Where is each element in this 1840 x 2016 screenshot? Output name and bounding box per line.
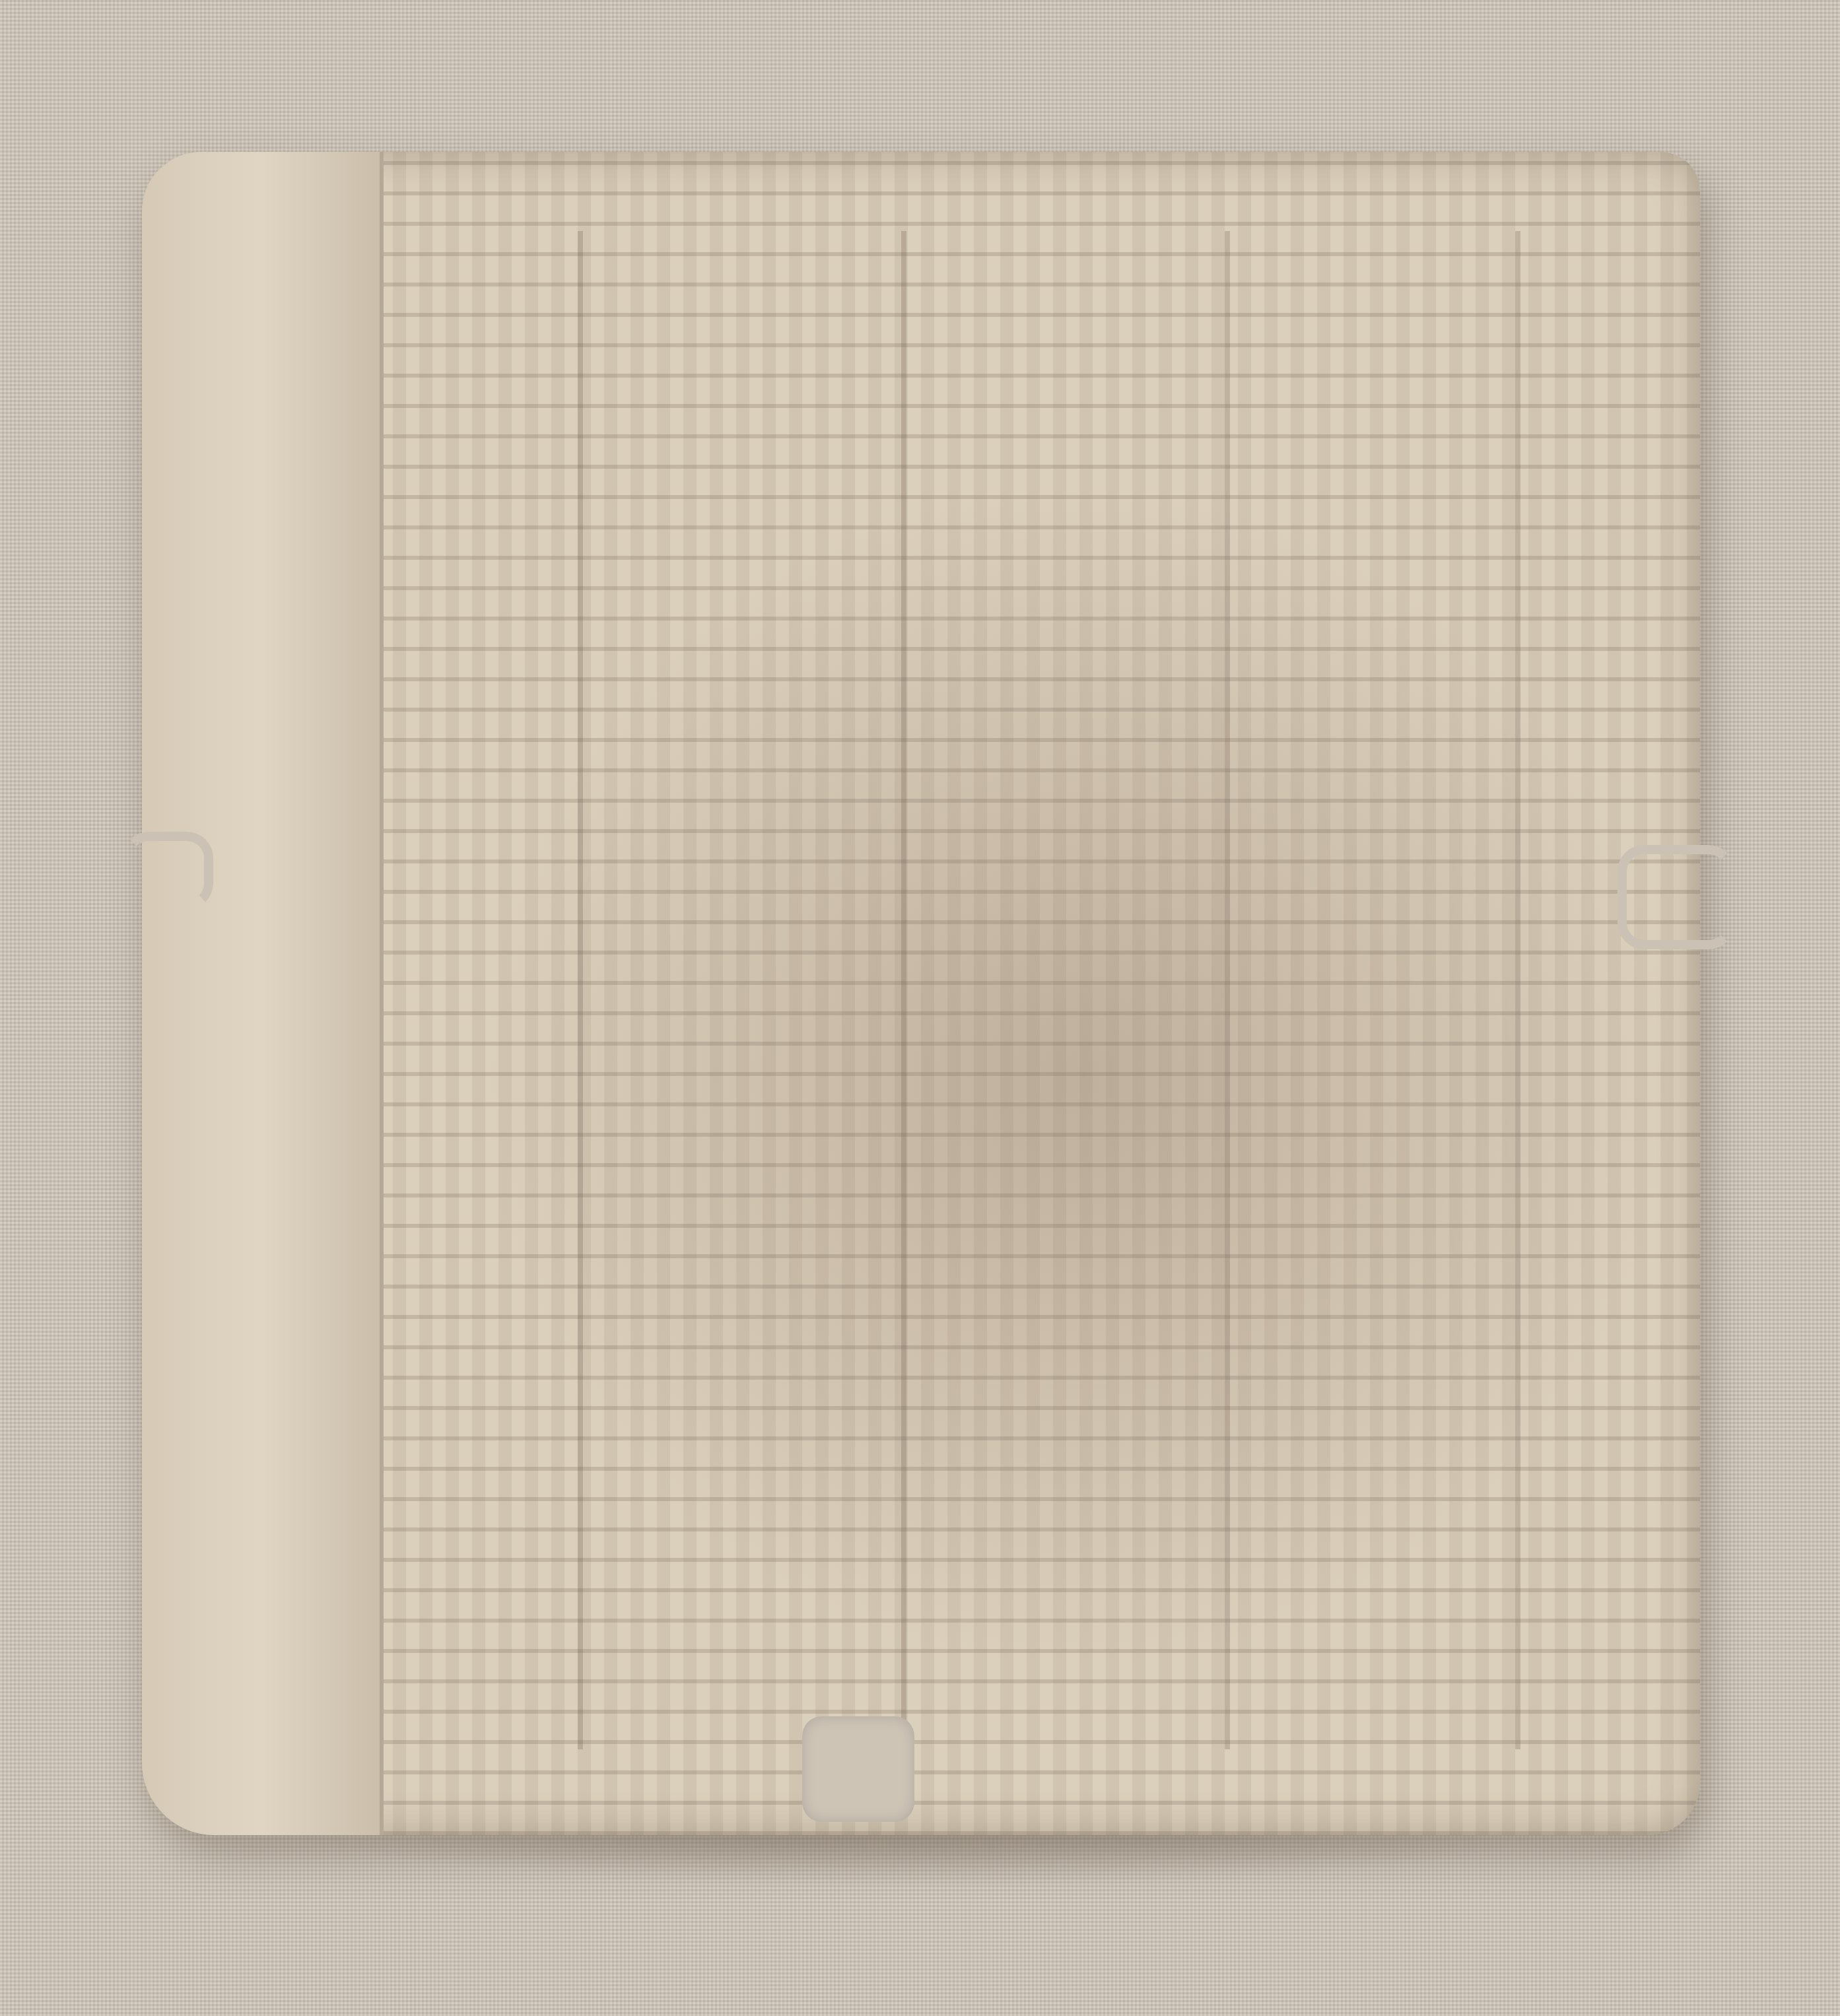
mount-clip-left	[122, 832, 213, 910]
cuneiform-tablet	[142, 152, 1700, 1835]
text-column-divider	[901, 231, 906, 1749]
text-column-divider	[578, 231, 583, 1749]
tablet-side-edge	[142, 152, 384, 1835]
mount-clip-bottom	[802, 1716, 914, 1822]
text-column-divider	[1225, 231, 1230, 1749]
text-column-divider	[1515, 231, 1520, 1749]
mount-clip-right	[1618, 845, 1735, 949]
